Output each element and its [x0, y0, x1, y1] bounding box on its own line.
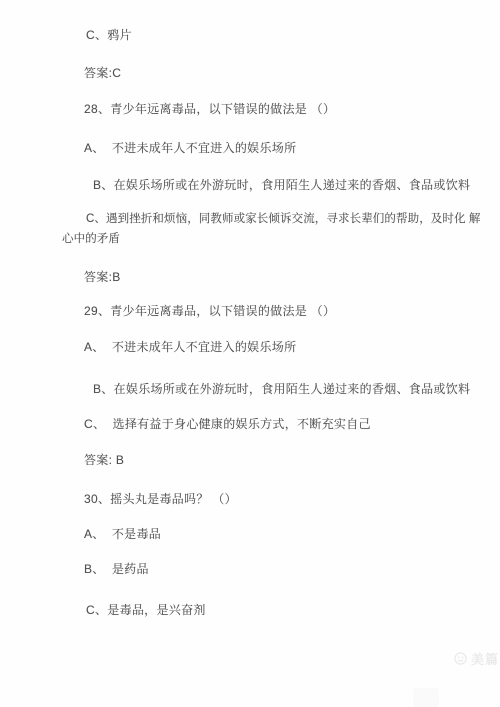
q30-option-c: C、是毒品，是兴奋剂 [86, 602, 206, 618]
q29-answer: 答案: B [84, 452, 124, 468]
q30-title: 30、摇头丸是毒品吗？ （） [84, 491, 237, 507]
q29-option-a: A、 不进未成年人不宜进入的娱乐场所 [84, 339, 296, 355]
q28-option-b: B、在娱乐场所或在外游玩时，食用陌生人递过来的香烟、食品或饮料 [93, 177, 470, 193]
q29-option-c: C、 选择有益于身心健康的娱乐方式，不断充实自己 [84, 416, 371, 432]
q28-option-c-line1: C、遇到挫折和烦恼，同教师或家长倾诉交流，寻求长辈们的帮助，及时化 解 [86, 211, 481, 227]
scan-artifact-blob [413, 688, 439, 707]
q28-title: 28、青少年远离毒品，以下错误的做法是 （） [84, 101, 335, 117]
q29-title: 29、青少年远离毒品，以下错误的做法是 （） [84, 303, 335, 319]
q30-option-b: B、 是药品 [84, 561, 149, 577]
q28-answer: 答案:B [84, 269, 121, 285]
quiz-document-page: C、鸦片 答案:C 28、青少年远离毒品，以下错误的做法是 （） A、 不进未成… [0, 0, 500, 707]
watermark: 美篇 [454, 649, 499, 668]
q27-answer: 答案:C [84, 65, 121, 81]
q30-option-a: A、 不是毒品 [84, 526, 161, 542]
watermark-text: 美篇 [471, 649, 499, 668]
q29-option-b: B、在娱乐场所或在外游玩时，食用陌生人递过来的香烟、食品或饮料 [93, 381, 470, 397]
q28-option-c-line2: 心中的矛盾 [62, 231, 120, 247]
q27-option-c: C、鸦片 [86, 27, 132, 43]
q28-option-a: A、 不进未成年人不宜进入的娱乐场所 [84, 140, 296, 156]
watermark-smiley-icon [454, 652, 467, 665]
